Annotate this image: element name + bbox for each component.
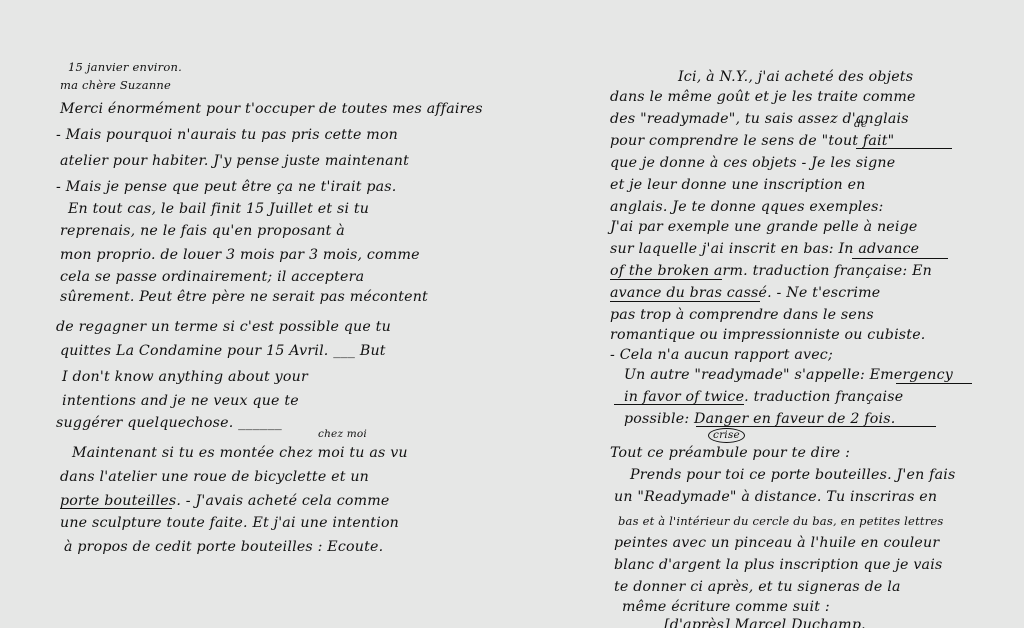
letter-line: un "Readymade" à distance. Tu inscriras …: [614, 488, 937, 506]
letter-salutation: ma chère Suzanne: [60, 76, 171, 94]
underline-in-advance: [852, 258, 948, 259]
letter-line: Merci énormément pour t'occuper de toute…: [60, 100, 483, 118]
circled-word-crise: crise: [708, 428, 745, 443]
letter-date: 15 janvier environ.: [68, 58, 182, 76]
letter-line: - Cela n'a aucun rapport avec;: [610, 346, 833, 364]
letter-line: de regagner un terme si c'est possible q…: [56, 318, 391, 336]
underline-broken-arm: [610, 279, 722, 280]
letter-line: pas trop à comprendre dans le sens: [610, 306, 874, 324]
inserted-word: de: [854, 118, 867, 130]
letter-line: pour comprendre le sens de "tout fait": [610, 132, 894, 150]
letter-line: J'ai par exemple une grande pelle à neig…: [610, 218, 918, 236]
underline-bras-casse: [610, 301, 760, 302]
letter-line: une sculpture toute faite. Et j'ai une i…: [60, 514, 399, 532]
underline-porte-bouteilles: [60, 508, 172, 509]
underline-in-favor-of-twice: [614, 404, 744, 405]
letter-line: dans l'atelier une roue de bicyclette et…: [60, 468, 369, 486]
letter-line: Prends pour toi ce porte bouteilles. J'e…: [630, 466, 955, 484]
letter-line: Tout ce préambule pour te dire :: [610, 444, 850, 462]
letter-line: - Mais je pense que peut être ça ne t'ir…: [56, 178, 396, 196]
letter-line: sur laquelle j'ai inscrit en bas: In adv…: [610, 240, 919, 258]
letter-line: peintes avec un pinceau à l'huile en cou…: [614, 534, 939, 552]
letter-signature: [d'après] Marcel Duchamp.: [664, 616, 866, 628]
underline-emergency: [896, 383, 972, 384]
circled-insertion: crise: [708, 428, 745, 443]
letter-scan: 15 janvier environ. ma chère Suzanne Mer…: [0, 0, 1024, 628]
letter-line: I don't know anything about your: [62, 368, 308, 386]
letter-line: mon proprio. de louer 3 mois par 3 mois,…: [60, 246, 420, 264]
underline-tout-fait: [856, 148, 952, 149]
letter-line: romantique ou impressionniste ou cubiste…: [610, 326, 926, 344]
letter-line: reprenais, ne le fais qu'en proposant à: [60, 222, 345, 240]
letter-line: En tout cas, le bail finit 15 Juillet et…: [68, 200, 369, 218]
letter-line: blanc d'argent la plus inscription que j…: [614, 556, 942, 574]
letter-line: suggérer quelquechose. ______: [56, 414, 282, 432]
letter-line: avance du bras cassé. - Ne t'escrime: [610, 284, 880, 302]
letter-line: intentions and je ne veux que te: [62, 392, 299, 410]
letter-line: Un autre "readymade" s'appelle: Emergenc…: [624, 366, 953, 384]
letter-line: Maintenant si tu es montée chez moi tu a…: [72, 444, 408, 462]
letter-line: anglais. Je te donne qques exemples:: [610, 198, 884, 216]
letter-line: - Mais pourquoi n'aurais tu pas pris cet…: [56, 126, 398, 144]
letter-line: et je leur donne une inscription en: [610, 176, 866, 194]
letter-line: dans le même goût et je les traite comme: [610, 88, 916, 106]
letter-line: même écriture comme suit :: [622, 598, 830, 616]
letter-line: bas et à l'intérieur du cercle du bas, e…: [618, 512, 944, 530]
inserted-word: chez moi: [318, 428, 367, 440]
letter-line: sûrement. Peut être père ne serait pas m…: [60, 288, 428, 306]
letter-line: à propos de cedit porte bouteilles : Eco…: [64, 538, 383, 556]
letter-line: Ici, à N.Y., j'ai acheté des objets: [678, 68, 913, 86]
letter-line: cela se passe ordinairement; il accepter…: [60, 268, 364, 286]
letter-line: te donner ci après, et tu signeras de la: [614, 578, 901, 596]
letter-line: quittes La Condamine pour 15 Avril. ___ …: [60, 342, 386, 360]
underline-danger: [696, 426, 936, 427]
letter-line: of the broken arm. traduction française:…: [610, 262, 932, 280]
letter-line: que je donne à ces objets - Je les signe: [610, 154, 895, 172]
letter-line: atelier pour habiter. J'y pense juste ma…: [60, 152, 409, 170]
